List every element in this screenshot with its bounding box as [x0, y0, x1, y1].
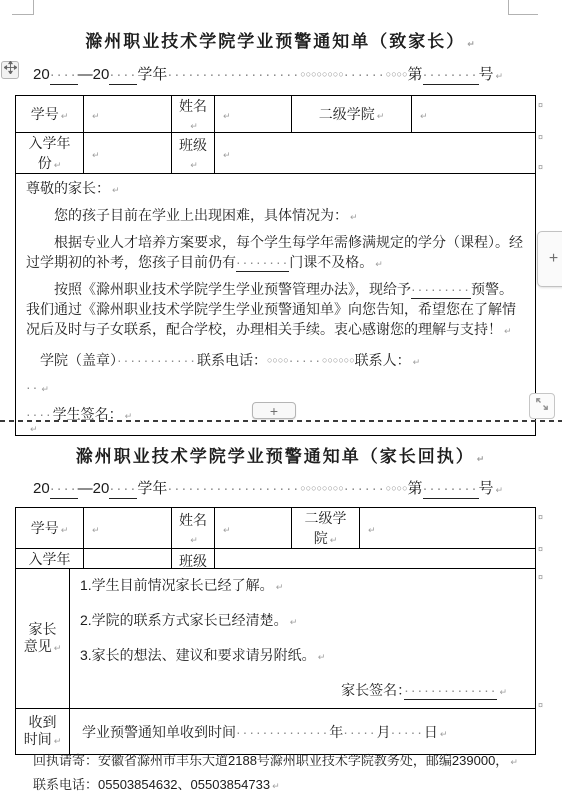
crop-mark-top-left [12, 14, 33, 15]
cell-mark: ↵ [223, 111, 231, 121]
plus-icon: + [270, 403, 278, 419]
student-id-label-cell: 学号↵ [16, 508, 84, 549]
table-row: 尊敬的家长：↵ 您的孩子目前在学业上出现困难，具体情况为：↵ 根据专业人才培养方… [16, 174, 536, 436]
notice2-title-text: 滁州职业技术学院学业预警通知单（家长回执） [76, 447, 475, 466]
notice2-title: 滁州职业技术学院学业预警通知单（家长回执）↵ [0, 442, 562, 467]
document-page: 滁州职业技术学院学业预警通知单（致家长）↵ 20····—20····学年···… [0, 0, 562, 797]
name-value-cell[interactable]: ↵ [215, 508, 292, 549]
cell-mark: ↵ [190, 160, 198, 170]
cell-mark: ↵ [92, 111, 100, 121]
notice-body-cell[interactable]: 尊敬的家长：↵ 您的孩子目前在学业上出现困难，具体情况为：↵ 根据专业人才培养方… [16, 174, 536, 436]
salutation: 尊敬的家长：↵ [26, 178, 525, 200]
parent-opinion-label-cell: 家长 意见↵ [16, 569, 70, 709]
receipt-time-label-cell: 收到 时间↵ [16, 709, 70, 755]
receipt-time-line: 学业预警通知单收到时间··············年·····月·····日↵ [82, 724, 447, 740]
enroll-year-value-cell[interactable]: ↵ [84, 133, 172, 174]
footer-phone-numbers: 联系电话：05503854632、05503854733↵ [33, 776, 543, 795]
parent-signature-line: 家长签名：··············↵ [80, 680, 507, 702]
opinion-item-2: 2.学院的联系方式家长已经清楚。↵ [80, 610, 525, 632]
class-value-cell[interactable]: ↵ [215, 133, 536, 174]
name-label-cell: 姓名↵ [172, 508, 215, 549]
cell-mark: ↵ [54, 160, 62, 170]
table-resize-handle[interactable] [529, 393, 555, 419]
class-label-cell: 班级↵ [172, 133, 215, 174]
row-end-mark: ¤ [538, 100, 543, 110]
cell-mark: ↵ [190, 535, 198, 545]
cell-mark: ↵ [61, 525, 69, 535]
row-end-mark: ¤ [538, 512, 543, 522]
section-divider [0, 420, 562, 422]
table-row: 学号↵ ↵ 姓名↵ ↵ 二级学院↵ ↵ [16, 96, 536, 133]
receipt-time-content-cell[interactable]: 学业预警通知单收到时间··············年·····月·····日↵ [70, 709, 536, 755]
crop-mark-top-right [508, 14, 538, 15]
cell-mark: ↵ [420, 111, 428, 121]
year-number-line-2: 20····—20····学年···················○○○○○○… [33, 477, 538, 498]
row-end-mark: ¤ [538, 132, 543, 142]
crop-mark-top-left-v [33, 0, 34, 15]
parent-reply-table: 家长 意见↵ 1.学生目前情况家长已经了解。↵ 2.学院的联系方式家长已经清楚。… [15, 568, 536, 755]
format-mark: ↵ [467, 39, 477, 49]
opinion-item-1: 1.学生目前情况家长已经了解。↵ [80, 575, 525, 597]
paragraph-credits: 根据专业人才培养方案要求，每个学生每学年需修满规定的学分（课程）。经过学期初的补… [26, 232, 525, 274]
student-id-value-cell[interactable]: ↵ [84, 508, 172, 549]
opinion-item-3: 3.家长的想法、建议和要求请另附纸。↵ [80, 645, 525, 667]
cell-mark: ↵ [223, 525, 231, 535]
table-row: 收到 时间↵ 学业预警通知单收到时间··············年·····月·… [16, 709, 536, 755]
college-label-cell: 二级学院↵ [292, 508, 360, 549]
row-end-mark: ¤ [538, 700, 543, 710]
crop-mark-top-right-v [508, 0, 509, 15]
student-id-label-cell: 学号↵ [16, 96, 84, 133]
resize-arrows-icon [534, 396, 550, 417]
college-label-cell: 二级学院↵ [292, 96, 412, 133]
notice1-title-text: 滁州职业技术学院学业预警通知单（致家长） [85, 32, 465, 51]
paragraph-situation: 您的孩子目前在学业上出现困难，具体情况为：↵ [26, 205, 525, 227]
paragraph-warning: 按照《滁州职业技术学院学生学业预警管理办法》，现给予·········预警。我们… [26, 279, 525, 341]
insert-column-button[interactable]: + [537, 231, 562, 287]
table-move-handle[interactable] [1, 61, 19, 79]
college-value-cell[interactable]: ↵ [412, 96, 536, 133]
student-info-table-1: 学号↵ ↵ 姓名↵ ↵ 二级学院↵ ↵ 入学年份↵ ↵ 班级↵ ↵ 尊敬的家长：… [15, 95, 536, 436]
spaces-line: ··↵ [26, 377, 525, 399]
paragraph-mark: ↵ [30, 424, 38, 435]
contact-line: 学院（盖章）············联系电话：○○○○·····○○○○○○联系… [26, 350, 525, 372]
name-label-cell: 姓名↵ [172, 96, 215, 133]
cell-mark: ↵ [190, 121, 198, 131]
notice1-title: 滁州职业技术学院学业预警通知单（致家长）↵ [0, 27, 562, 52]
row-end-mark: ¤ [538, 572, 543, 582]
cell-mark: ↵ [92, 525, 100, 535]
cell-mark: ↵ [223, 150, 231, 160]
move-icon [4, 61, 17, 79]
cell-mark: ↵ [377, 111, 385, 121]
row-end-mark: ¤ [538, 544, 543, 554]
enroll-year-label-cell: 入学年份↵ [16, 133, 84, 174]
cell-mark: ↵ [368, 525, 376, 535]
cell-mark: ↵ [330, 535, 338, 545]
row-end-mark: ¤ [538, 162, 543, 172]
cell-mark: ↵ [92, 150, 100, 160]
table-row: 入学年份↵ ↵ 班级↵ ↵ [16, 133, 536, 174]
year-number-line-1: 20····—20····学年···················○○○○○○… [33, 63, 538, 84]
cell-mark: ↵ [54, 643, 62, 653]
cell-mark: ↵ [61, 111, 69, 121]
plus-icon: + [549, 250, 558, 268]
table-row: 家长 意见↵ 1.学生目前情况家长已经了解。↵ 2.学院的联系方式家长已经清楚。… [16, 569, 536, 709]
insert-row-button[interactable]: + [252, 402, 296, 419]
college-value-cell[interactable]: ↵ [360, 508, 536, 549]
cell-mark: ↵ [54, 736, 62, 746]
parent-opinion-content-cell[interactable]: 1.学生目前情况家长已经了解。↵ 2.学院的联系方式家长已经清楚。↵ 3.家长的… [70, 569, 536, 709]
student-id-value-cell[interactable]: ↵ [84, 96, 172, 133]
format-mark: ↵ [477, 454, 487, 464]
footer-mailing-address: 回执请寄：安徽省滁州市丰乐大道2188号滁州职业技术学院教务处，邮编239000… [33, 752, 543, 771]
name-value-cell[interactable]: ↵ [215, 96, 292, 133]
table-row: 学号↵ ↵ 姓名↵ ↵ 二级学院↵ ↵ [16, 508, 536, 549]
